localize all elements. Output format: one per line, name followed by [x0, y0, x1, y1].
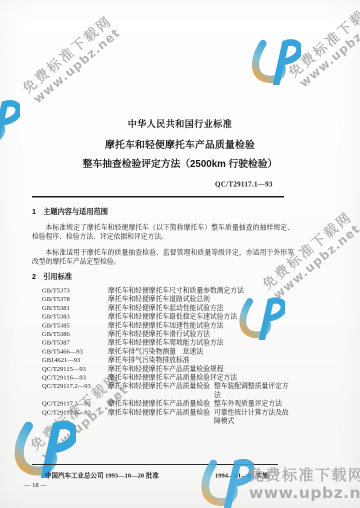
standard-description: 摩托车和轻便摩托车爬坡能力试验方法: [108, 338, 224, 347]
standard-code: GB/T5378: [42, 295, 108, 304]
referenced-standard-row: GB/T5383 摩托车和轻便摩托车最低稳定车速试验方法: [42, 312, 297, 321]
standard-description: 摩托车排气污染物测量 怠速法: [108, 347, 203, 356]
standard-description: 摩托车和轻便摩托车产品质量检验: [108, 382, 210, 391]
standard-description: 摩托车和轻便摩托车道路试验总则: [108, 295, 210, 304]
standard-code: QC/T29117.2—93: [42, 382, 108, 391]
standard-description: 摩托车和轻便摩托车产品质量检验: [108, 399, 210, 408]
standard-description-part2: 整车外观质量评定方法: [214, 399, 292, 408]
referenced-standard-row: QC/T29117.6—93 摩托车和轻便摩托车产品质量检验 可靠性统计计算方法…: [42, 408, 297, 425]
standard-title: 摩托车和轻便摩托车产品质量检验: [0, 137, 360, 151]
standard-code: GB/T5466—93: [42, 347, 108, 356]
scope-paragraph-1: 本标准规定了摩托车和轻便摩托车（以下简称摩托车）整车质量抽查的抽样规定、检验程序…: [32, 223, 294, 241]
referenced-standard-row: QC/T29117.3—93 摩托车和轻便摩托车产品质量检验 整车外观质量评定方…: [42, 399, 297, 408]
referenced-standard-row: GB/T5387 摩托车和轻便摩托车爬坡能力试验方法: [42, 338, 297, 347]
watermark-site-name: 免费标准下载网: [249, 467, 360, 484]
scope-paragraph-2: 本标准适用于摩托车的质量抽查检验、监督管理和质量等级评定，亦适用于外形等改型的摩…: [32, 248, 294, 266]
standard-description: 摩托车和轻便摩托车最低稳定车速试验方法: [108, 312, 237, 321]
referenced-standard-row: GB14621—93 摩托车排气污染物排放标准: [42, 356, 297, 365]
referenced-standard-row: GB/T5385 摩托车和轻便摩托车加速性能试验方法: [42, 321, 297, 330]
referenced-standard-row: QC/T29116—93 摩托车和轻便摩托车产品质量检验评定方法: [42, 373, 297, 382]
standard-code: GB/T5387: [42, 338, 108, 347]
standard-category-title: 中华人民共和国行业标准: [0, 117, 360, 130]
document-content: 中华人民共和国行业标准 摩托车和轻便摩托车产品质量检验 整车抽查检验评定方法（2…: [0, 0, 360, 508]
standard-description: 摩托车和轻便摩托车滑行试验方法: [108, 330, 210, 339]
referenced-standards-list: GB/T5373 摩托车和轻便摩托车尺寸和质量参数测定方法 GB/T5378 摩…: [42, 286, 297, 425]
standard-description: 摩托车和轻便摩托车产品质量检验评定方法: [108, 373, 237, 382]
standard-description-part2: 可靠性统计计算方法及故障模式: [214, 408, 292, 425]
standard-description: 摩托车和轻便摩托车产品质量检验规程: [108, 364, 224, 373]
standard-code: QC/T29117.6—93: [42, 408, 108, 417]
referenced-standard-row: GB/T5386 摩托车和轻便摩托车滑行试验方法: [42, 330, 297, 339]
standard-description: 摩托车和轻便摩托车尺寸和质量参数测定方法: [108, 286, 244, 295]
standard-code: GB/T5386: [42, 330, 108, 339]
page-number: — 18 —: [24, 481, 47, 489]
section-2-heading: 2 引用标准: [32, 271, 72, 282]
standard-number: QC/T29117.1—93: [215, 181, 273, 189]
watermark-site-url: www.upbz.net: [249, 484, 360, 502]
scanned-standard-document: 免费标准下载网 www.upbz.net 免费标准下载网 www.upbz.ne…: [0, 0, 360, 508]
referenced-standard-row: GB/T5466—93 摩托车排气污染物测量 怠速法: [42, 347, 297, 356]
standard-code: GB/T5383: [42, 312, 108, 321]
standard-code: GB/T5381: [42, 303, 108, 312]
standard-code: GB/T5385: [42, 321, 108, 330]
header-rule: [32, 196, 284, 198]
standard-subtitle: 整车抽查检验评定方法（2500km 行驶检验）: [0, 156, 360, 170]
standard-code: GB/T5373: [42, 286, 108, 295]
section-1-heading: 1 主题内容与适用范围: [32, 206, 108, 217]
referenced-standard-row: QC/T29117.2—93 摩托车和轻便摩托车产品质量检验 整车装配调整质量评…: [42, 382, 297, 399]
standard-code: GB14621—93: [42, 356, 108, 365]
referenced-standard-row: GB/T5378 摩托车和轻便摩托车道路试验总则: [42, 295, 297, 304]
standard-code: QC/T29117.3—93: [42, 399, 108, 408]
referenced-standard-row: QC/T29115—93 摩托车和轻便摩托车产品质量检验规程: [42, 364, 297, 373]
document-page: 免费标准下载网 www.upbz.net 免费标准下载网 www.upbz.ne…: [0, 0, 360, 508]
approval-note: 中国汽车工业总公司 1993—10—20 批准: [45, 470, 159, 480]
standard-description-part2: 整车装配调整质量评定方法: [214, 382, 292, 399]
standard-code: QC/T29116—93: [42, 373, 108, 382]
upbz-logo-icon: [194, 448, 254, 508]
watermark-bottom-right: 免费标准下载网 www.upbz.net: [249, 467, 360, 502]
standard-code: QC/T29115—93: [42, 364, 108, 373]
referenced-standard-row: GB/T5373 摩托车和轻便摩托车尺寸和质量参数测定方法: [42, 286, 297, 295]
standard-description: 摩托车排气污染物排放标准: [108, 356, 190, 365]
referenced-standard-row: GB/T5381 摩托车和轻便摩托车起动性能试验方法: [42, 303, 297, 312]
standard-description: 摩托车和轻便摩托车产品质量检验: [108, 408, 210, 417]
standard-description: 摩托车和轻便摩托车起动性能试验方法: [108, 303, 224, 312]
standard-description: 摩托车和轻便摩托车加速性能试验方法: [108, 321, 224, 330]
